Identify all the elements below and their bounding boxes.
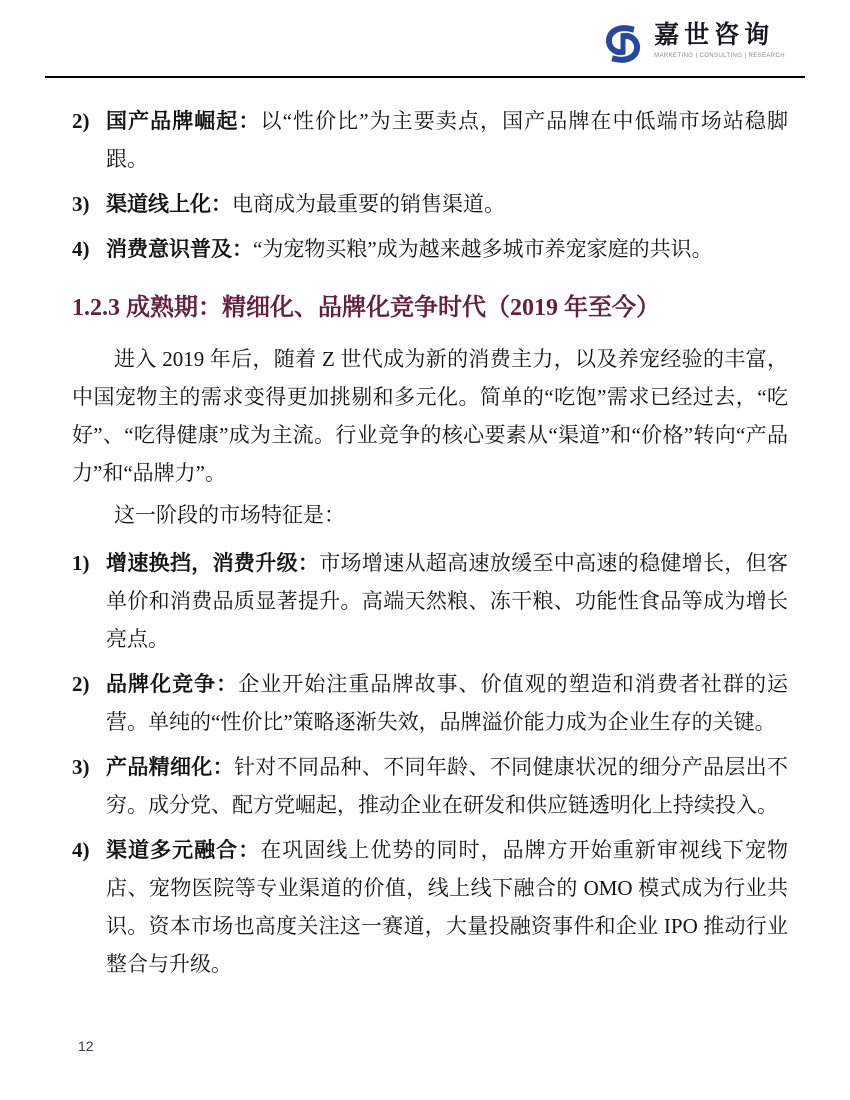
list-item: 2) 国产品牌崛起：以“性价比”为主要卖点，国产品牌在中低端市场站稳脚跟。 — [72, 102, 788, 178]
list-item: 3) 渠道线上化：电商成为最重要的销售渠道。 — [72, 185, 788, 223]
list-item-text: 消费意识普及：“为宠物买粮”成为越来越多城市养宠家庭的共识。 — [106, 230, 788, 268]
list-item: 3) 产品精细化：针对不同品种、不同年龄、不同健康状况的细分产品层出不穷。成分党… — [72, 748, 788, 824]
list-item-text: 品牌化竞争：企业开始注重品牌故事、价值观的塑造和消费者社群的运营。单纯的“性价比… — [106, 665, 788, 741]
list-item-number: 3) — [72, 748, 106, 824]
list-item-number: 4) — [72, 230, 106, 268]
list-item-lead: 渠道多元融合： — [106, 838, 260, 862]
page-number: 12 — [78, 1038, 94, 1054]
list-item: 2) 品牌化竞争：企业开始注重品牌故事、价值观的塑造和消费者社群的运营。单纯的“… — [72, 665, 788, 741]
list-item-lead: 产品精细化： — [106, 755, 234, 779]
list-item-lead: 品牌化竞争： — [106, 672, 238, 696]
list-item-rest: “为宠物买粮”成为越来越多城市养宠家庭的共识。 — [253, 237, 713, 261]
body-paragraph: 进入 2019 年后，随着 Z 世代成为新的消费主力，以及养宠经验的丰富，中国宠… — [72, 340, 788, 492]
list-item-lead: 渠道线上化： — [106, 192, 232, 216]
list-item-number: 1) — [72, 544, 106, 658]
logo-text-block: 嘉世咨询 MARKETING | CONSULTING | RESEARCH — [654, 22, 785, 59]
section-heading: 1.2.3 成熟期：精细化、品牌化竞争时代（2019 年至今） — [72, 290, 788, 326]
features-intro-line: 这一阶段的市场特征是： — [72, 496, 788, 534]
page-header: 嘉世咨询 MARKETING | CONSULTING | RESEARCH — [45, 0, 805, 78]
list-item: 4) 渠道多元融合：在巩固线上优势的同时，品牌方开始重新审视线下宠物店、宠物医院… — [72, 831, 788, 983]
list-item: 4) 消费意识普及：“为宠物买粮”成为越来越多城市养宠家庭的共识。 — [72, 230, 788, 268]
list-item-text: 增速换挡，消费升级：市场增速从超高速放缓至中高速的稳健增长，但客单价和消费品质显… — [106, 544, 788, 658]
list-item-text: 渠道线上化：电商成为最重要的销售渠道。 — [106, 185, 788, 223]
list-item-number: 3) — [72, 185, 106, 223]
list-item-text: 渠道多元融合：在巩固线上优势的同时，品牌方开始重新审视线下宠物店、宠物医院等专业… — [106, 831, 788, 983]
list-item-lead: 消费意识普及： — [106, 237, 253, 261]
list-item-lead: 增速换挡，消费升级： — [106, 551, 319, 575]
list-item-number: 4) — [72, 831, 106, 983]
list-item-text: 产品精细化：针对不同品种、不同年龄、不同健康状况的细分产品层出不穷。成分党、配方… — [106, 748, 788, 824]
document-body: 2) 国产品牌崛起：以“性价比”为主要卖点，国产品牌在中低端市场站稳脚跟。 3)… — [72, 78, 788, 983]
company-logo: 嘉世咨询 MARKETING | CONSULTING | RESEARCH — [602, 22, 785, 64]
knot-emblem-icon — [602, 24, 644, 64]
list-item-text: 国产品牌崛起：以“性价比”为主要卖点，国产品牌在中低端市场站稳脚跟。 — [106, 102, 788, 178]
list-item-number: 2) — [72, 102, 106, 178]
list-item-number: 2) — [72, 665, 106, 741]
list-item-lead: 国产品牌崛起： — [106, 109, 261, 133]
list-item-rest: 电商成为最重要的销售渠道。 — [232, 192, 505, 216]
logo-company-name: 嘉世咨询 — [654, 22, 785, 50]
logo-tagline: MARKETING | CONSULTING | RESEARCH — [654, 53, 785, 59]
list-item: 1) 增速换挡，消费升级：市场增速从超高速放缓至中高速的稳健增长，但客单价和消费… — [72, 544, 788, 658]
